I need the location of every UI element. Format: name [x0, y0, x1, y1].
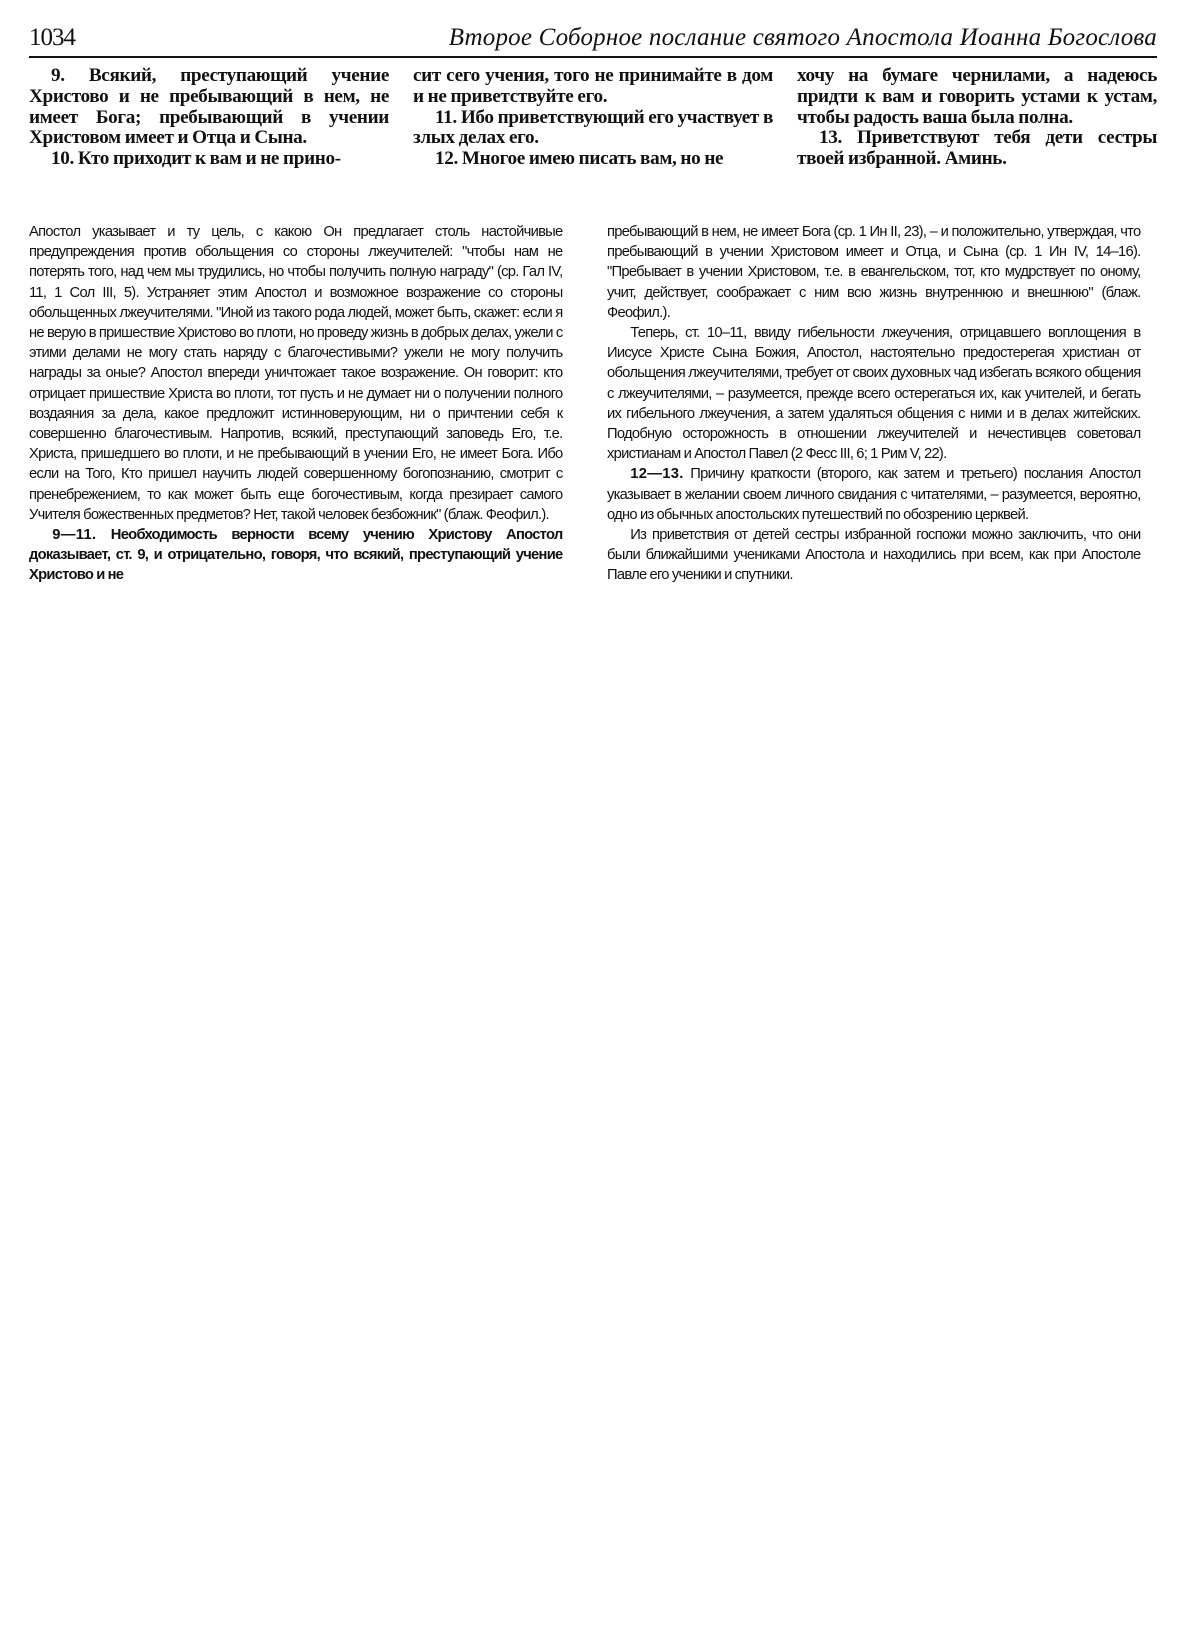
commentary-paragraph: пребывающий в нем, не имеет Бога (ср. 1 …	[607, 222, 1141, 323]
commentary: Апостол указывает и ту цель, с какою Он …	[29, 222, 1157, 586]
commentary-text: Из приветствия от детей сестры избранной…	[607, 526, 1141, 583]
scripture-column-3: хочу на бумаге чернилами, а надеюсь прид…	[797, 66, 1157, 170]
commentary-paragraph: Из приветствия от детей сестры избранной…	[607, 525, 1141, 586]
commentary-text: Апостол указывает и ту цель, с какою Он …	[29, 223, 563, 523]
verse-range-ref: 12—13.	[630, 465, 683, 482]
commentary-paragraph: Апостол указывает и ту цель, с какою Он …	[29, 222, 563, 525]
page-number: 1034	[29, 24, 75, 52]
verse-12-start: 12. Многое имею писать вам, но не	[413, 149, 773, 170]
verse-range-ref: 9—11.	[52, 526, 96, 543]
verse-10-end: сит сего учения, того не принимайте в до…	[413, 66, 773, 108]
verse-11: 11. Ибо приветствующий его участвует в з…	[413, 108, 773, 150]
commentary-text: Причину краткости (второго, как затем и …	[607, 465, 1141, 522]
scripture-column-1: 9. Всякий, преступающий учение Христово …	[29, 66, 389, 170]
scripture-column-2: сит сего учения, того не принимайте в до…	[413, 66, 773, 170]
commentary-paragraph: Теперь, ст. 10–11, ввиду гибельности лже…	[607, 323, 1141, 464]
commentary-right-column: пребывающий в нем, не имеет Бога (ср. 1 …	[607, 222, 1141, 586]
scripture-text: 9. Всякий, преступающий учение Христово …	[29, 66, 1157, 170]
commentary-text: пребывающий в нем, не имеет Бога (ср. 1 …	[607, 223, 1141, 321]
commentary-text: Необходимость верности всему учению Хрис…	[29, 526, 563, 583]
commentary-text: Теперь, ст. 10–11, ввиду гибельности лже…	[607, 324, 1141, 462]
verse-9: 9. Всякий, преступающий учение Христово …	[29, 66, 389, 149]
running-head: 1034 Второе Соборное послание святого Ап…	[29, 22, 1157, 58]
running-title: Второе Соборное послание святого Апостол…	[449, 24, 1157, 52]
verse-10-start: 10. Кто приходит к вам и не прино-	[29, 149, 389, 170]
commentary-left-column: Апостол указывает и ту цель, с какою Он …	[29, 222, 563, 586]
verse-13: 13. Приветствуют тебя дети сестры твоей …	[797, 128, 1157, 170]
commentary-paragraph: 9—11. Необходимость верности всему учени…	[29, 525, 563, 586]
commentary-paragraph: 12—13. Причину краткости (второго, как з…	[607, 464, 1141, 525]
verse-12-end: хочу на бумаге чернилами, а надеюсь прид…	[797, 66, 1157, 128]
